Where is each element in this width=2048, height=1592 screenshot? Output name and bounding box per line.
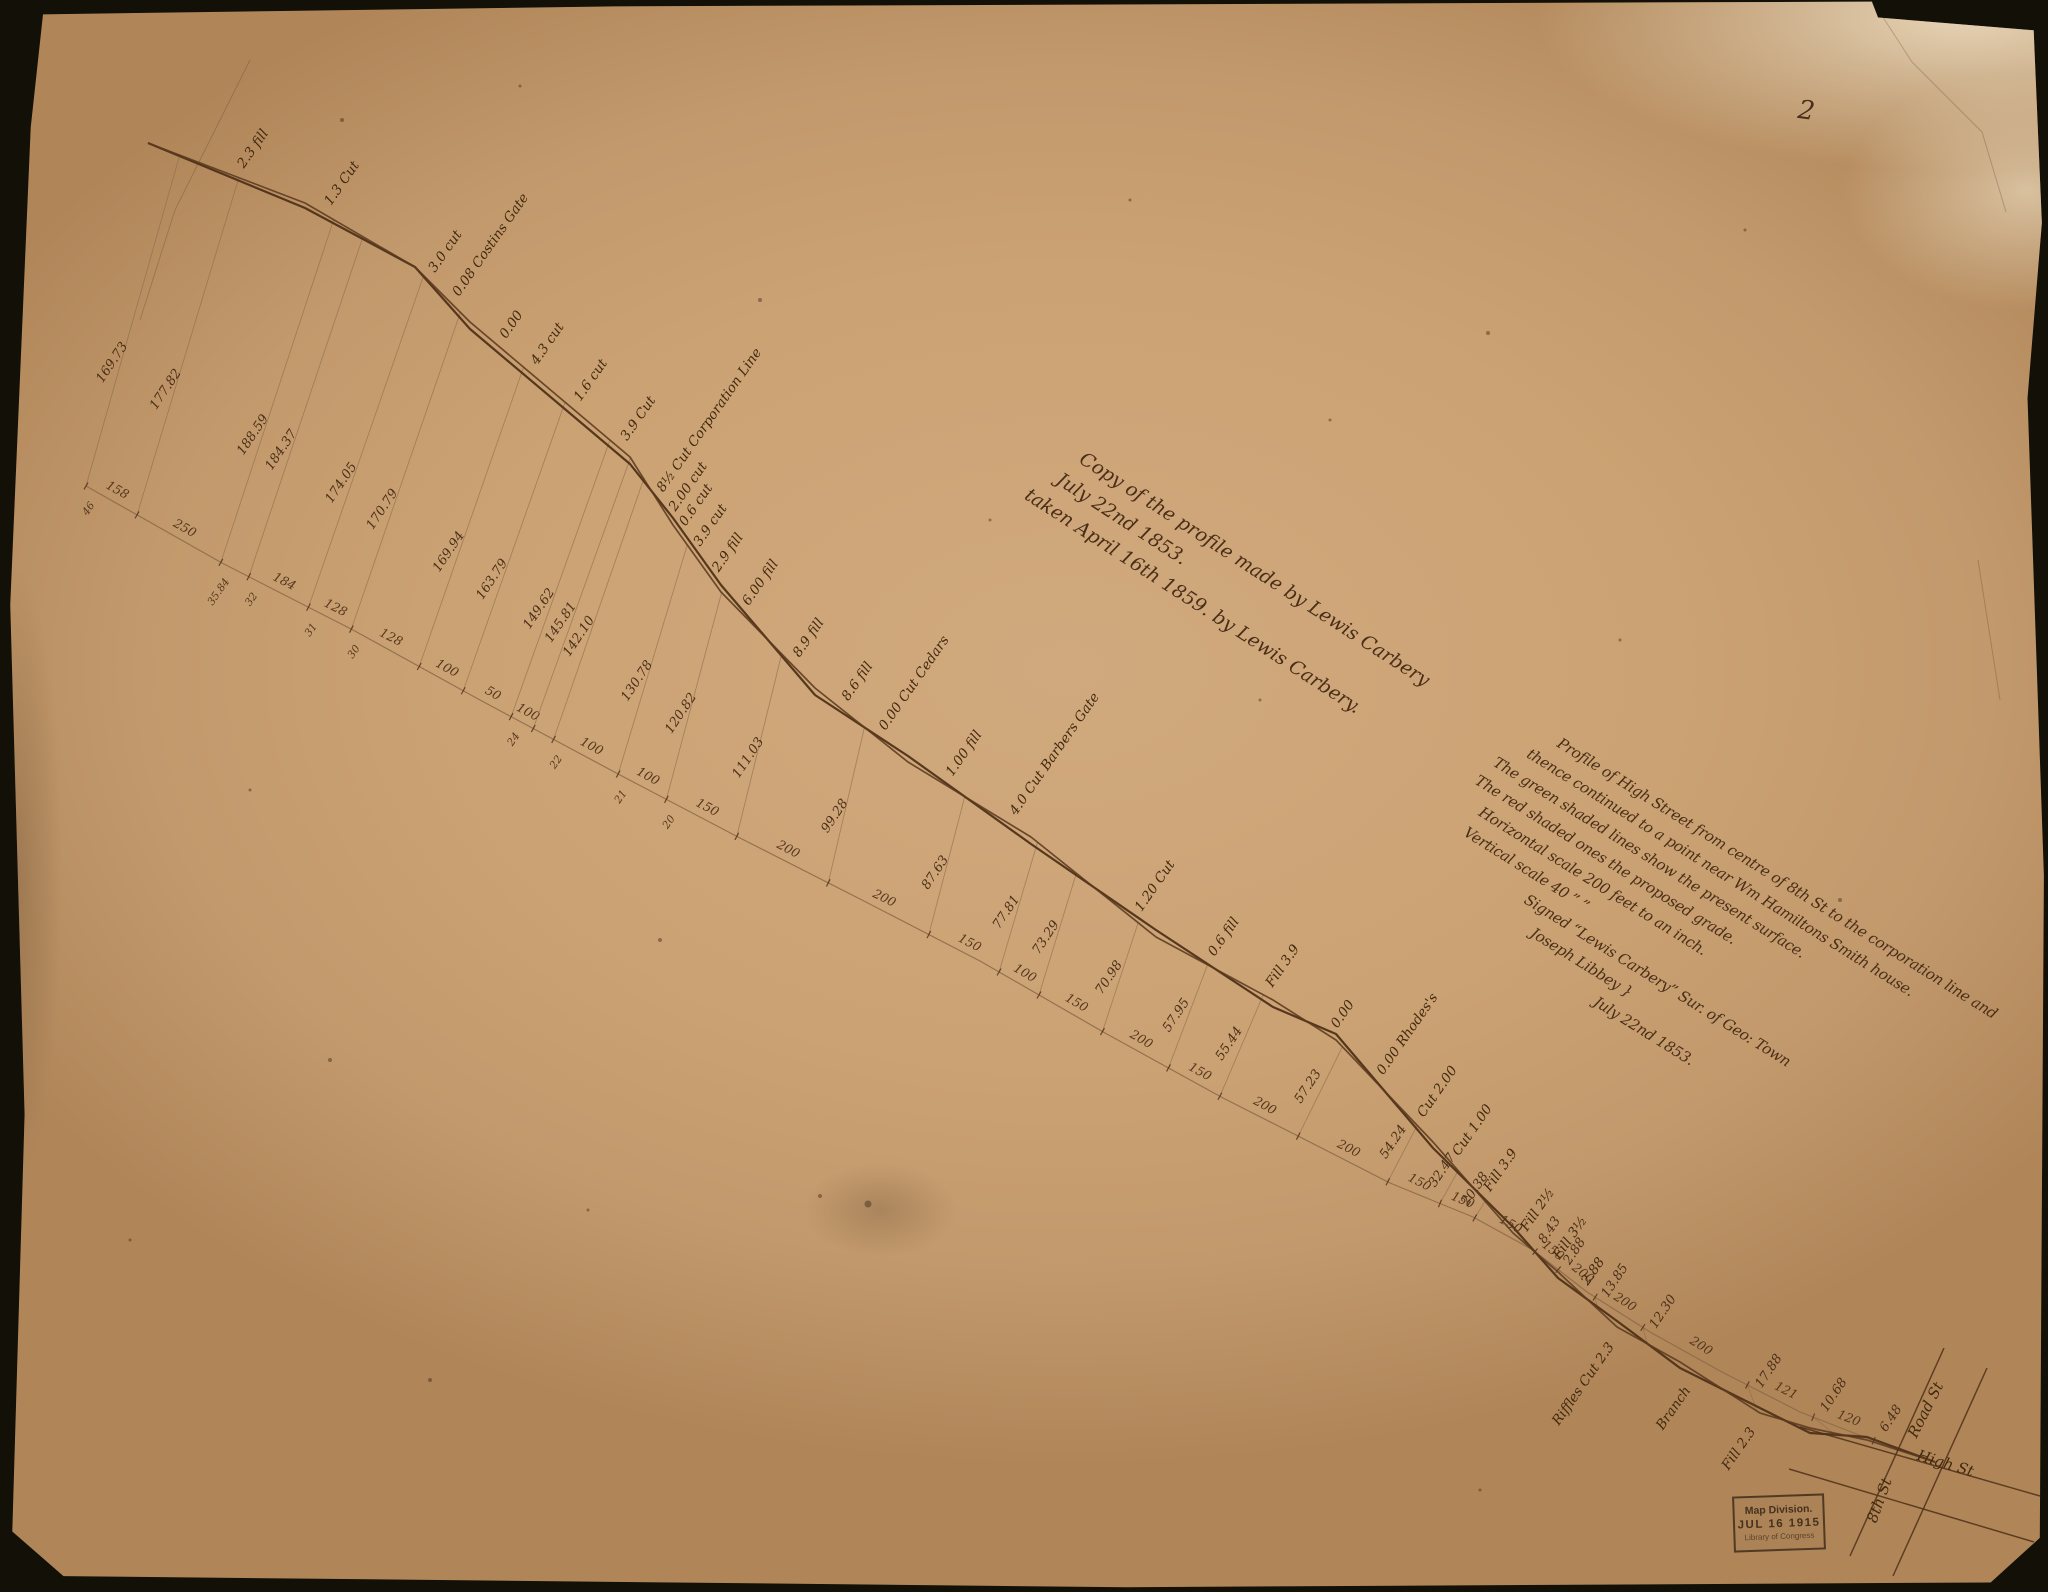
paper-speckle [340, 118, 344, 122]
elevation-label: 57.23 [1292, 1067, 1325, 1106]
cutfill-label: 1.6 cut [571, 356, 612, 405]
station-marker: 55.44200 [1213, 995, 1280, 1118]
cutfill-label: Cut 1.00 [1449, 1101, 1496, 1159]
elevation-label: 174.05 [323, 460, 361, 506]
paper-speckle [1838, 898, 1842, 902]
paper-crease [1978, 560, 2000, 700]
profile-drawing: 169.7346158177.82250188.5935.84184.37321… [0, 0, 2048, 1592]
station-sub-label: 32 [243, 590, 261, 608]
paper-speckle [428, 1378, 432, 1382]
station-marker: 77.81100 [990, 842, 1039, 985]
paper-speckle [865, 1201, 872, 1208]
center-note: Copy of the profile made by Lewis Carber… [1021, 434, 1434, 742]
station-marker: 70.98200 [1093, 923, 1156, 1052]
station-sub-label: 24 [504, 731, 522, 750]
cutfill-label: 6.00 fill [739, 557, 782, 609]
cutfill-label: Fill 3.9 [1480, 1146, 1521, 1196]
elevation-label: 77.81 [990, 893, 1023, 932]
paper-speckle [758, 298, 762, 302]
station-sub-label: 21 [612, 788, 630, 807]
elevation-label: 55.44 [1213, 1024, 1246, 1063]
cutfill-label: 0.00 [496, 307, 527, 341]
cutfill-label: 1.00 fill [943, 728, 986, 780]
library-of-congress-stamp: Map Division. JUL 16 1915 Library of Con… [1732, 1493, 1826, 1552]
cutfill-label: 0.00 Rhodes's [1373, 990, 1441, 1077]
station-sub-label: 35.84 [205, 576, 232, 608]
cutfill-label: 1.20 Cut [1132, 857, 1179, 915]
elevation-label: 99.28 [818, 796, 851, 835]
cutfill-label: 4.0 Cut Barbers Gate [1006, 690, 1103, 819]
scan-background: 169.7346158177.82250188.5935.84184.37321… [0, 0, 2048, 1592]
cutfill-label: 4.3 cut [527, 319, 568, 368]
paper-crease [1877, 8, 2006, 212]
station-marker: 99.28200 [818, 727, 898, 909]
station-marker: 170.7930128 [345, 312, 460, 660]
station-sub-label: 20 [660, 813, 678, 832]
title-note: Profile of High Street from centre of 8t… [1405, 708, 2000, 1193]
paper-sheet: 169.7346158177.82250188.5935.84184.37321… [0, 0, 2048, 1592]
elevation-label: 73.29 [1030, 918, 1063, 957]
paper-speckle [1486, 331, 1490, 335]
elevation-label: 130.78 [618, 658, 656, 704]
cutfill-label: 3.9 Cut [617, 393, 659, 444]
paper-speckle [1259, 699, 1262, 702]
distance-label: 50 [483, 682, 504, 703]
cutfill-label: Fill 3.9 [1262, 941, 1303, 991]
paper-speckle [587, 1209, 590, 1212]
paper-speckle [519, 85, 522, 88]
paper-speckle [129, 1239, 132, 1242]
paper-speckle [1479, 1489, 1482, 1492]
cutfill-label: 8.6 fill [838, 659, 876, 704]
station-marker: 73.29150 [1030, 873, 1091, 1015]
cutfill-label-below: Riffles Cut 2.3 [1548, 1340, 1617, 1430]
station-marker: 10.68120 [1812, 1375, 1863, 1432]
station-marker: 174.0531128 [302, 276, 423, 639]
station-marker: 177.82250 [135, 178, 239, 540]
elevation-label: 87.63 [919, 853, 952, 892]
station-sub-label: 31 [302, 621, 320, 639]
station-marker: 188.5935.84 [205, 220, 333, 608]
cutfill-label: 2.9 fill [708, 530, 747, 576]
station-sub-label: 22 [547, 753, 565, 772]
paper-speckle [989, 519, 992, 522]
cutfill-label: 0.00 [1328, 997, 1359, 1031]
paper-speckle [818, 1194, 822, 1198]
elevation-label: 188.59 [234, 412, 272, 458]
paper-speckle [1129, 199, 1132, 202]
elevation-label: 169.73 [93, 340, 131, 386]
station-marker: 17.88121 [1746, 1352, 1801, 1411]
elevation-label: 12.30 [1647, 1292, 1680, 1331]
street-name-label: High St [1914, 1446, 1977, 1481]
elevation-label: 170.79 [364, 486, 402, 532]
station-marker: 120.8220150 [660, 593, 722, 832]
station-marker: 149.6224100 [504, 440, 609, 749]
cutfill-label: 1.3 Cut [321, 158, 363, 209]
street-edge [1789, 1469, 2034, 1542]
elevation-label: 169.94 [430, 529, 468, 575]
elevation-label: 70.98 [1093, 958, 1126, 997]
station-marker: 111.03200 [730, 654, 803, 861]
paper-speckle [658, 938, 662, 942]
elevation-label: 6.48 [1877, 1402, 1906, 1434]
paper-speckle [1619, 639, 1622, 642]
station-marker: 163.7950 [461, 402, 565, 703]
cutfill-label: 8.9 fill [790, 615, 828, 660]
cutfill-label: 3.0 cut [425, 227, 466, 276]
cutfill-label: 2.3 fill [233, 126, 272, 172]
station-marker: 130.7821100 [612, 545, 688, 807]
cutfill-label: 0.6 fill [1205, 914, 1243, 959]
station-sub-label: 46 [79, 500, 97, 519]
station-marker: 57.95150 [1160, 965, 1215, 1084]
station-sub-label: 30 [345, 643, 363, 661]
station-marker: 57.23200 [1292, 1047, 1363, 1160]
elevation-label: 177.82 [147, 366, 185, 412]
paper-speckle [1329, 419, 1332, 422]
elevation-label: 184.37 [263, 426, 301, 473]
cutfill-label: 0.08 Costins Gate [449, 190, 532, 299]
paper-speckle [1744, 229, 1747, 232]
distance-label: 121 [1772, 1378, 1800, 1402]
elevation-label: 120.82 [662, 690, 700, 736]
station-marker: 87.63150 [919, 797, 984, 955]
distance-label: 120 [1835, 1406, 1863, 1429]
paper-crease [140, 60, 250, 320]
cutfill-label: Cut 2.00 [1414, 1063, 1461, 1121]
elevation-label: 54.24 [1377, 1122, 1410, 1161]
cutfill-label: 8½ Cut Corporation Line [653, 345, 765, 495]
page-number: 2 [1796, 95, 1817, 127]
paper-speckle [249, 789, 252, 792]
paper-speckle [328, 1058, 332, 1062]
station-marker: 169.94100 [417, 367, 523, 680]
cutfill-label-below: Branch [1652, 1383, 1694, 1433]
elevation-label: 111.03 [730, 735, 768, 781]
elevation-label: 163.79 [473, 556, 511, 602]
cutfill-label: 0.00 Cut Cedars [876, 633, 953, 734]
stamp-institution-line: Library of Congress [1744, 1531, 1814, 1543]
cutfill-label-below: Fill 2.3 [1718, 1424, 1759, 1473]
station-marker: 169.7346158 [79, 155, 179, 518]
